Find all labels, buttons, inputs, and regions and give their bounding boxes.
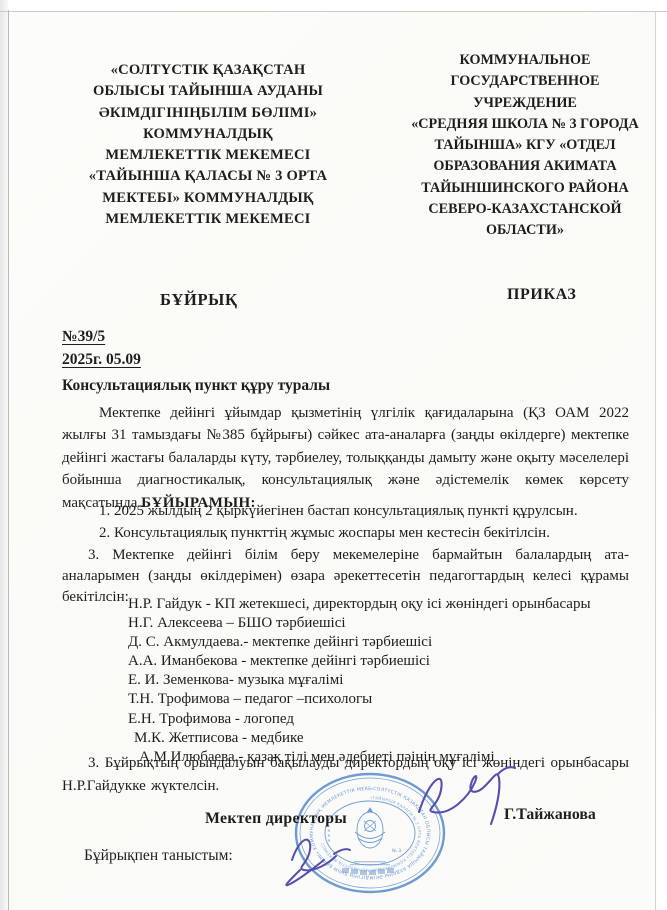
letterhead-line: МЕМЛЕКЕТТІК МЕКЕМЕСІ bbox=[52, 209, 364, 230]
letterhead-line: ОБРАЗОВАНИЯ АКИМАТА bbox=[392, 156, 658, 177]
letterhead-kazakh: «СОЛТҮСТІК ҚАЗАҚСТАН ОБЛЫСЫ ТАЙЫНША АУДА… bbox=[52, 60, 364, 230]
letterhead-line: «СОЛТҮСТІК ҚАЗАҚСТАН bbox=[52, 60, 364, 81]
preamble-paragraph: Мектепке дейінгі ұйымдар қызметінің үлгі… bbox=[62, 402, 629, 514]
order-date: 2025г. 05.09 bbox=[62, 351, 141, 368]
letterhead-line: «СРЕДНЯЯ ШКОЛА № 3 ГОРОДА bbox=[392, 114, 658, 135]
staff-member: А.А. Иманбекова - мектепке дейінгі тәрби… bbox=[128, 652, 591, 671]
letterhead-line: КОММУНАЛЬНОЕ bbox=[392, 50, 658, 71]
director-signature-ink bbox=[412, 760, 520, 838]
staff-member: Н.Г. Алексеева – БШО тәрбиешісі bbox=[128, 614, 591, 633]
staff-member: Т.Н. Трофимова – педагог –психологы bbox=[128, 690, 591, 709]
order-title-kazakh: БҰЙРЫҚ bbox=[160, 290, 238, 310]
order-title-russian: ПРИКАЗ bbox=[507, 286, 576, 304]
order-number: №39/5 bbox=[62, 328, 105, 345]
letterhead-line: СЕВЕРО-КАЗАХСТАНСКОЙ bbox=[392, 199, 658, 220]
letterhead-line: МЕКТЕБІ» КОММУНАЛДЫҚ bbox=[52, 188, 364, 209]
letterhead-line: ОБЛАСТИ» bbox=[392, 220, 658, 241]
scan-top-edge bbox=[0, 11, 667, 12]
staff-member: М.К. Жетписова - медбике bbox=[134, 729, 591, 748]
letterhead-line: ТАЙЫНШИНСКОГО РАЙОНА bbox=[392, 178, 658, 199]
staff-member: Е.Н. Трофимова - логопед bbox=[128, 710, 591, 729]
letterhead-line: ОБЛЫСЫ ТАЙЫНША АУДАНЫ bbox=[52, 81, 364, 102]
acknowledgement-signature-ink bbox=[276, 824, 364, 890]
order-points: 1. 2025 жылдың 2 қыркүйегінен бастап кон… bbox=[99, 501, 578, 544]
staff-member: Д. С. Акмулдаева.- мектепке дейінгі тәрб… bbox=[128, 633, 591, 652]
letterhead-line: МЕМЛЕКЕТТІК МЕКЕМЕСІ bbox=[52, 145, 364, 166]
acknowledgement-line: Бұйрықпен таныстым: bbox=[84, 847, 233, 865]
scan-left-edge bbox=[8, 10, 9, 910]
letterhead-line: ГОСУДАРСТВЕННОЕ bbox=[392, 71, 658, 92]
letterhead-line: ӘКІМДІГІНІҢБІЛІМ БӨЛІМІ» bbox=[52, 103, 364, 124]
stamp-number-mark: № 3 bbox=[392, 848, 401, 854]
staff-list: Н.Р. Гайдук - КП жетекшесі, директордың … bbox=[128, 595, 591, 767]
scanned-order-document: «СОЛТҮСТІК ҚАЗАҚСТАН ОБЛЫСЫ ТАЙЫНША АУДА… bbox=[0, 0, 667, 910]
order-point-2: 2. Консультациялық пункттің жұмыс жоспар… bbox=[99, 523, 578, 545]
order-point-1: 1. 2025 жылдың 2 қыркүйегінен бастап кон… bbox=[99, 501, 578, 523]
letterhead-russian: КОММУНАЛЬНОЕ ГОСУДАРСТВЕННОЕ УЧРЕЖДЕНИЕ … bbox=[392, 50, 658, 242]
staff-member: Н.Р. Гайдук - КП жетекшесі, директордың … bbox=[128, 595, 591, 614]
staff-member: Е. И. Земенкова- музыка мұғалімі bbox=[128, 671, 591, 690]
letterhead-line: КОММУНАЛДЫҚ bbox=[52, 124, 364, 145]
letterhead-line: ТАЙЫНША» КГУ «ОТДЕЛ bbox=[392, 135, 658, 156]
order-subject: Консультациялық пункт құру туралы bbox=[62, 377, 330, 395]
order-meta: №39/5 2025г. 05.09 bbox=[62, 326, 141, 371]
letterhead-line: «ТАЙЫНША ҚАЛАСЫ № 3 ОРТА bbox=[52, 166, 364, 187]
letterhead-line: УЧРЕЖДЕНИЕ bbox=[392, 93, 658, 114]
scan-left-gutter bbox=[0, 0, 8, 910]
